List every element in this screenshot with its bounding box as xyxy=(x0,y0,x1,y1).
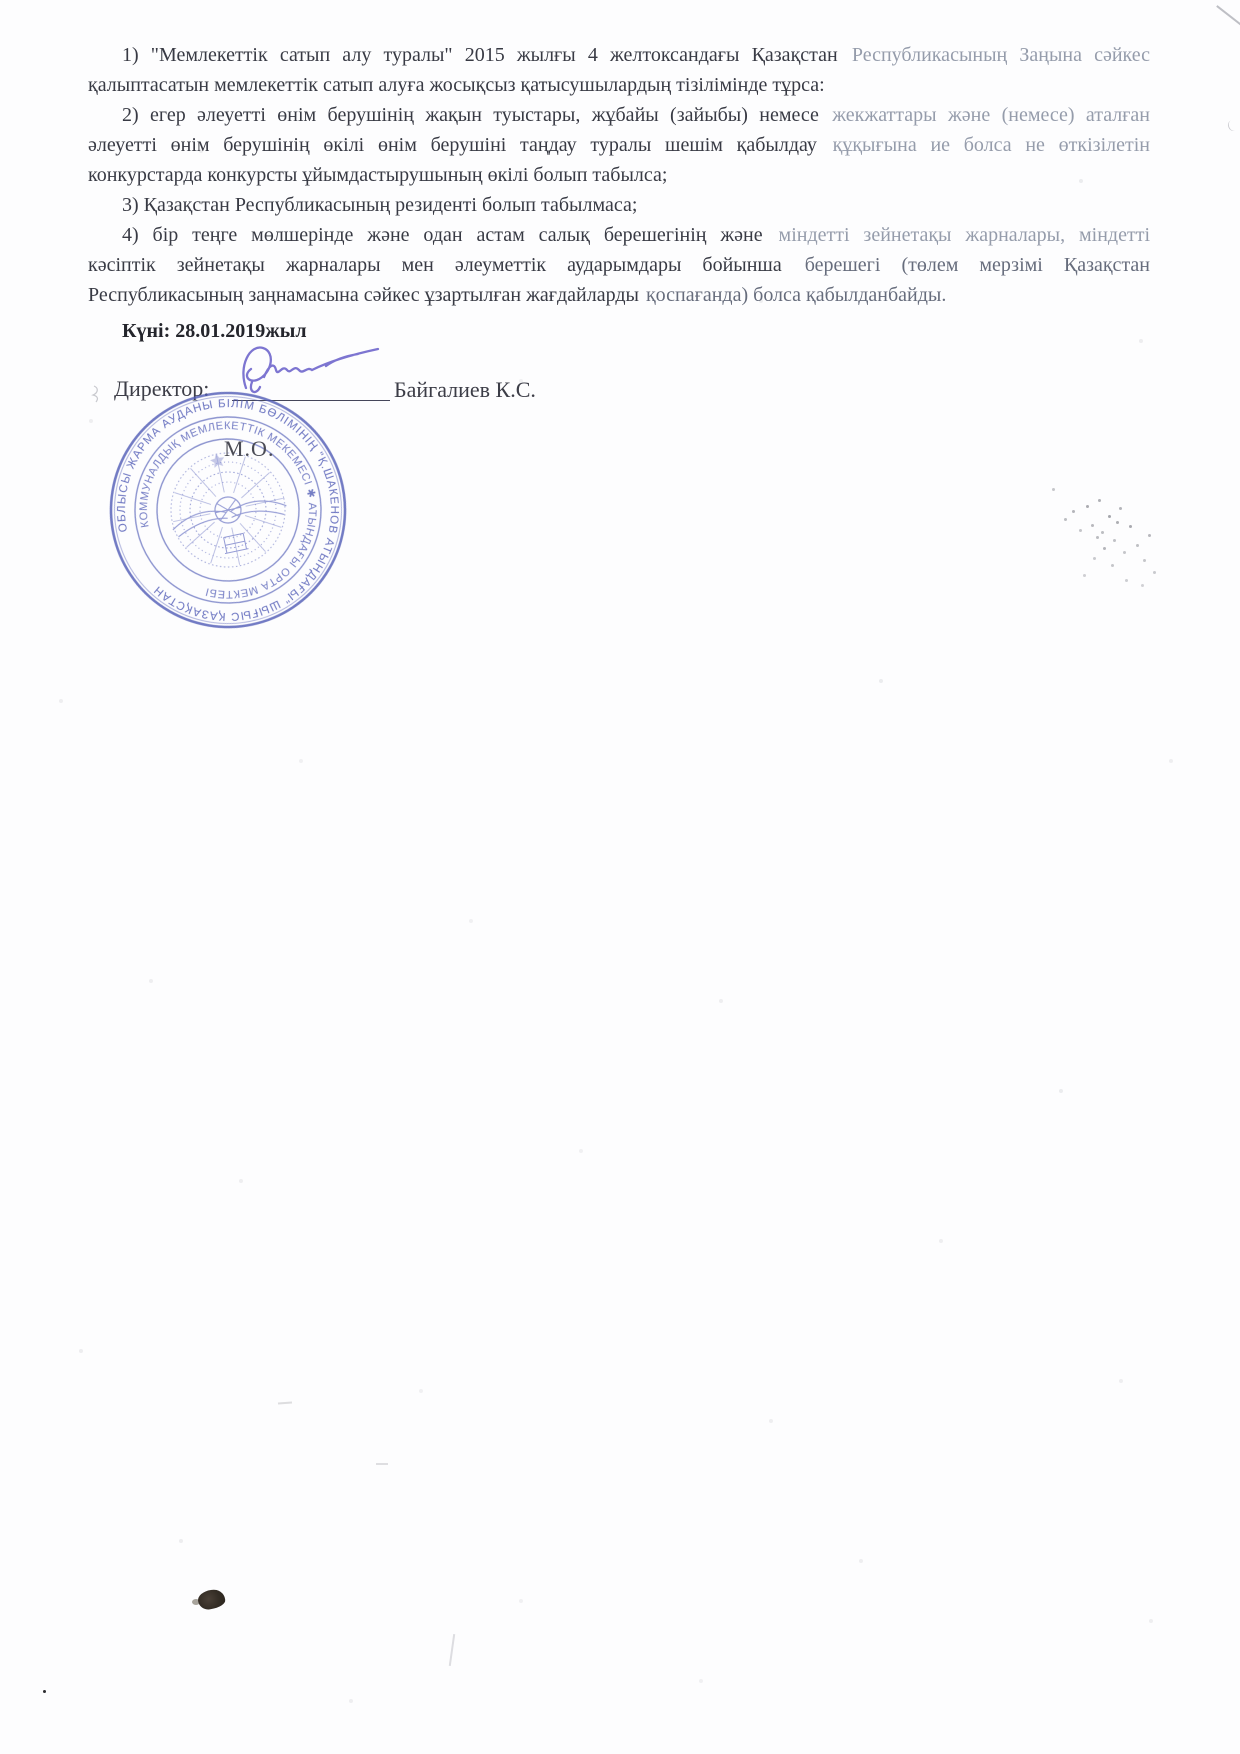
scan-scratch xyxy=(1216,5,1240,29)
ink-blob xyxy=(197,1588,226,1611)
scan-dash xyxy=(278,1402,292,1405)
body-line: қалыптасатын мемлекеттік сатып алуға жос… xyxy=(88,70,1150,100)
body-line-text: 1) "Мемлекеттік сатып алу туралы" 2015 ж… xyxy=(122,44,838,66)
body-line-text: конкурстарда конкурсты ұйымдастырушының … xyxy=(88,164,667,186)
body-line-text-faded: құқығына ие болса не өткізілетін xyxy=(831,134,1150,156)
official-stamp: ОБЛЫСЫ ЖАРМА АУДАНЫ БІЛІМ БӨЛІМІНІҢ "Қ.Ш… xyxy=(83,365,372,654)
ink-speck xyxy=(43,1690,46,1693)
scan-mark xyxy=(1226,119,1239,133)
body-line: 2) егер әлеуетті өнім берушінің жақын ту… xyxy=(88,100,1150,130)
seal-place-mark: М.О. xyxy=(224,436,274,462)
body-line-text-faded: жекжаттары және (немесе) аталған xyxy=(830,104,1150,126)
body-line-text-faded: міндетті зейнетақы жарналары, міндетті xyxy=(777,224,1150,246)
body-line: конкурстарда конкурсты ұйымдастырушының … xyxy=(88,160,1150,190)
body-line: әлеуетті өнім берушінің өкілі өнім беруш… xyxy=(88,130,1150,160)
body-line: 1) "Мемлекеттік сатып алу туралы" 2015 ж… xyxy=(88,40,1150,70)
body-line: кәсіптік зейнетақы жарналары мен әлеумет… xyxy=(88,250,1150,280)
body-line-text: 2) егер әлеуетті өнім берушінің жақын ту… xyxy=(122,104,819,126)
director-name: Байгалиев К.С. xyxy=(394,377,536,403)
body-line-text: кәсіптік зейнетақы жарналары мен әлеумет… xyxy=(88,254,782,276)
pencil-smudge xyxy=(1052,488,1055,491)
pencil-squiggle xyxy=(90,384,102,404)
body-line-text: әлеуетті өнім берушінің өкілі өнім беруш… xyxy=(88,134,817,156)
scanned-document-page: 1) "Мемлекеттік сатып алу туралы" 2015 ж… xyxy=(0,0,1240,1754)
body-line: 3) Қазақстан Республикасының резиденті б… xyxy=(88,190,1150,220)
body-line-text-faded: Республикасының Заңына сәйкес xyxy=(850,44,1150,66)
emblem-shanyrak xyxy=(213,495,244,526)
body-line-text: қалыптасатын мемлекеттік сатып алуға жос… xyxy=(88,74,825,96)
body-line-text: Республикасының заңнамасына сәйкес ұзарт… xyxy=(88,284,639,306)
body-line-text: 3) Қазақстан Республикасының резиденті б… xyxy=(122,194,637,216)
body-line-text-faded: берешегі (төлем мерзімі Қазақстан xyxy=(803,254,1150,276)
scan-dash xyxy=(376,1463,388,1465)
body-line-text: 4) бір теңге мөлшерінде және одан астам … xyxy=(122,224,763,246)
body-line-text-faded: қоспағанда) болса қабылданбайды. xyxy=(644,284,946,306)
body-line: Республикасының заңнамасына сәйкес ұзарт… xyxy=(88,280,1150,310)
scan-streak xyxy=(449,1634,455,1666)
body-line: 4) бір теңге мөлшерінде және одан астам … xyxy=(88,220,1150,250)
document-body: 1) "Мемлекеттік сатып алу туралы" 2015 ж… xyxy=(88,40,1150,346)
emblem-pedestal xyxy=(222,533,249,554)
